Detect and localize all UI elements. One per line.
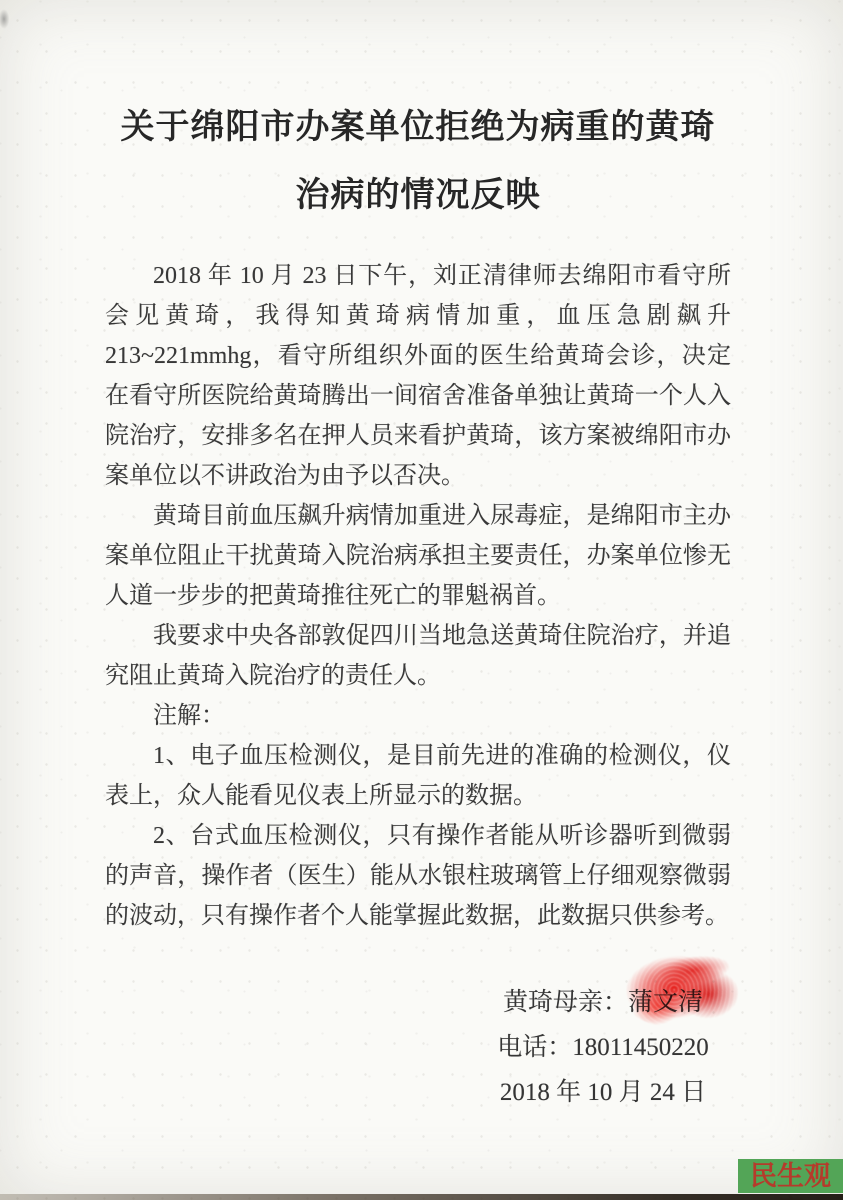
- note-item-1: 1、电子血压检测仪，是目前先进的准确的检测仪，仪表上，众人能看见仪表上所显示的数…: [105, 736, 731, 816]
- note-item-2: 2、台式血压检测仪，只有操作者能从听诊器听到微弱的声音，操作者（医生）能从水银柱…: [105, 816, 731, 936]
- paper-bottom-edge: [0, 1194, 843, 1200]
- paragraph-3: 我要求中央各部敦促四川当地急送黄琦住院治疗，并追究阻止黄琦入院治疗的责任人。: [105, 616, 731, 696]
- document-title-line-2: 治病的情况反映: [105, 162, 731, 230]
- document-title-line-1: 关于绵阳市办案单位拒绝为病重的黄琦: [105, 94, 731, 162]
- signature-date: 2018 年 10 月 24 日: [477, 1070, 729, 1115]
- paragraph-1: 2018 年 10 月 23 日下午，刘正清律师去绵阳市看守所会见黄琦，我得知黄…: [105, 256, 731, 496]
- signature-phone: 电话：18011450220: [477, 1025, 729, 1070]
- paragraph-2: 黄琦目前血压飙升病情加重进入尿毒症，是绵阳市主办案单位阻止干扰黄琦入院治病承担主…: [105, 496, 731, 616]
- scanned-document-page: 关于绵阳市办案单位拒绝为病重的黄琦 治病的情况反映 2018 年 10 月 23…: [0, 0, 843, 1200]
- scan-corner-artifact: [0, 8, 10, 30]
- signature-signer-label: 黄琦母亲：: [503, 989, 628, 1016]
- document-title: 关于绵阳市办案单位拒绝为病重的黄琦 治病的情况反映: [105, 94, 731, 230]
- document-content: 关于绵阳市办案单位拒绝为病重的黄琦 治病的情况反映 2018 年 10 月 23…: [105, 94, 731, 1115]
- notes-heading: 注解：: [105, 696, 731, 736]
- minsheng-guancha-watermark: 民生观察: [738, 1159, 843, 1193]
- signature-block: 黄琦母亲：蒲文清 电话：18011450220 2018 年 10 月 24 日: [477, 980, 729, 1115]
